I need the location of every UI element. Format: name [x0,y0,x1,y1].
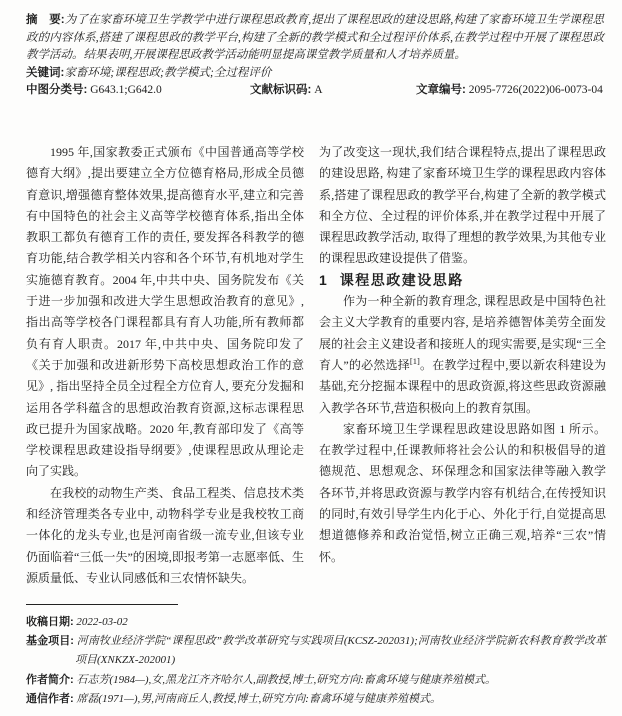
abstract-label: 摘 要: [26,14,65,26]
keywords: 关键词:家畜环境;课程思政;教学模式;全过程评价 [26,65,604,83]
received-date-label: 收稿日期: [26,616,74,628]
classification-line: 中图分类号: G643.1;G642.0 文献标识码: A 文章编号: 2095… [26,82,604,100]
article-id-label: 文章编号: [416,84,466,96]
corresponding-author: 通信作者: 席磊(1971—),男,河南商丘人,教授,博士,研究方向:畜禽环境与… [26,690,606,709]
author-bio-value: 石志芳(1984—),女,黑龙江齐齐哈尔人,副教授,博士,研究方向:畜禽环境与健… [76,674,496,686]
section-heading-1: 1课程思政建设思路 [319,270,606,291]
author-bio: 作者简介: 石志芳(1984—),女,黑龙江齐齐哈尔人,副教授,博士,研究方向:… [26,671,606,690]
author-bio-label: 作者简介: [26,674,74,686]
left-column: 1995 年,国家教委正式颁布《中国普通高等学校德育大纲》,提出要建立全方位德育… [26,142,304,590]
keywords-text: 家畜环境;课程思政;教学模式;全过程评价 [64,67,271,79]
section-title: 课程思政建设思路 [340,272,464,288]
corresponding-author-label: 通信作者: [26,693,74,705]
citation-superscript: [1] [410,356,420,366]
left-paragraph-2: 在我校的动物生产类、食品工程类、信息技术类和经济管理类各专业中, 动物科学专业是… [26,483,304,589]
received-date: 收稿日期: 2022-03-02 [26,613,606,632]
fund-project: 基金项目: 河南牧业经济学院“课程思政”教学改革研究与实践项目(KCSZ-202… [26,632,606,670]
fund-project-label: 基金项目: [26,635,74,647]
right-paragraph-3: 家畜环境卫生学课程思政建设思路如图 1 所示。在教学过程中,任课教师将社会公认的… [319,419,606,568]
article-id-value: 2095-7726(2022)06-0073-04 [469,84,603,96]
right-column: 为了改变这一现状,我们结合课程特点,提出了课程思政的建设思路, 构建了家畜环境卫… [319,142,606,590]
footnote-divider [26,604,178,605]
received-date-value: 2022-03-02 [76,616,127,628]
abstract: 摘 要:为了在家畜环境卫生学教学中进行课程思政教育,提出了课程思政的建设思路,构… [26,12,604,65]
footnote-block: 收稿日期: 2022-03-02 基金项目: 河南牧业经济学院“课程思政”教学改… [26,604,606,709]
right-paragraph-1: 为了改变这一现状,我们结合课程特点,提出了课程思政的建设思路, 构建了家畜环境卫… [319,142,606,270]
section-number: 1 [319,272,327,288]
corresponding-author-value: 席磊(1971—),男,河南商丘人,教授,博士,研究方向:畜禽环境与健康养殖模式… [76,693,441,705]
right-paragraph-2: 作为一种全新的教育理念, 课程思政是中国特色社会主义大学教育的重要内容, 是培养… [319,291,606,419]
article-meta-block: 摘 要:为了在家畜环境卫生学教学中进行课程思政教育,提出了课程思政的建设思路,构… [26,12,604,100]
doc-code-value: A [314,84,322,96]
left-paragraph-1: 1995 年,国家教委正式颁布《中国普通高等学校德育大纲》,提出要建立全方位德育… [26,142,304,483]
document-code: 文献标识码: A [250,82,416,100]
doc-code-label: 文献标识码: [250,84,311,96]
body-columns: 1995 年,国家教委正式颁布《中国普通高等学校德育大纲》,提出要建立全方位德育… [26,142,606,590]
clc-number: 中图分类号: G643.1;G642.0 [26,82,250,100]
keywords-label: 关键词: [26,67,64,79]
clc-label: 中图分类号: [26,84,87,96]
clc-value: G643.1;G642.0 [90,84,162,96]
journal-paper-page: 摘 要:为了在家畜环境卫生学教学中进行课程思政教育,提出了课程思政的建设思路,构… [0,0,622,716]
article-id: 文章编号: 2095-7726(2022)06-0073-04 [416,82,604,100]
fund-project-value: 河南牧业经济学院“课程思政”教学改革研究与实践项目(KCSZ-202031);河… [75,635,606,666]
abstract-text: 为了在家畜环境卫生学教学中进行课程思政教育,提出了课程思政的建设思路,构建了家畜… [26,14,604,61]
